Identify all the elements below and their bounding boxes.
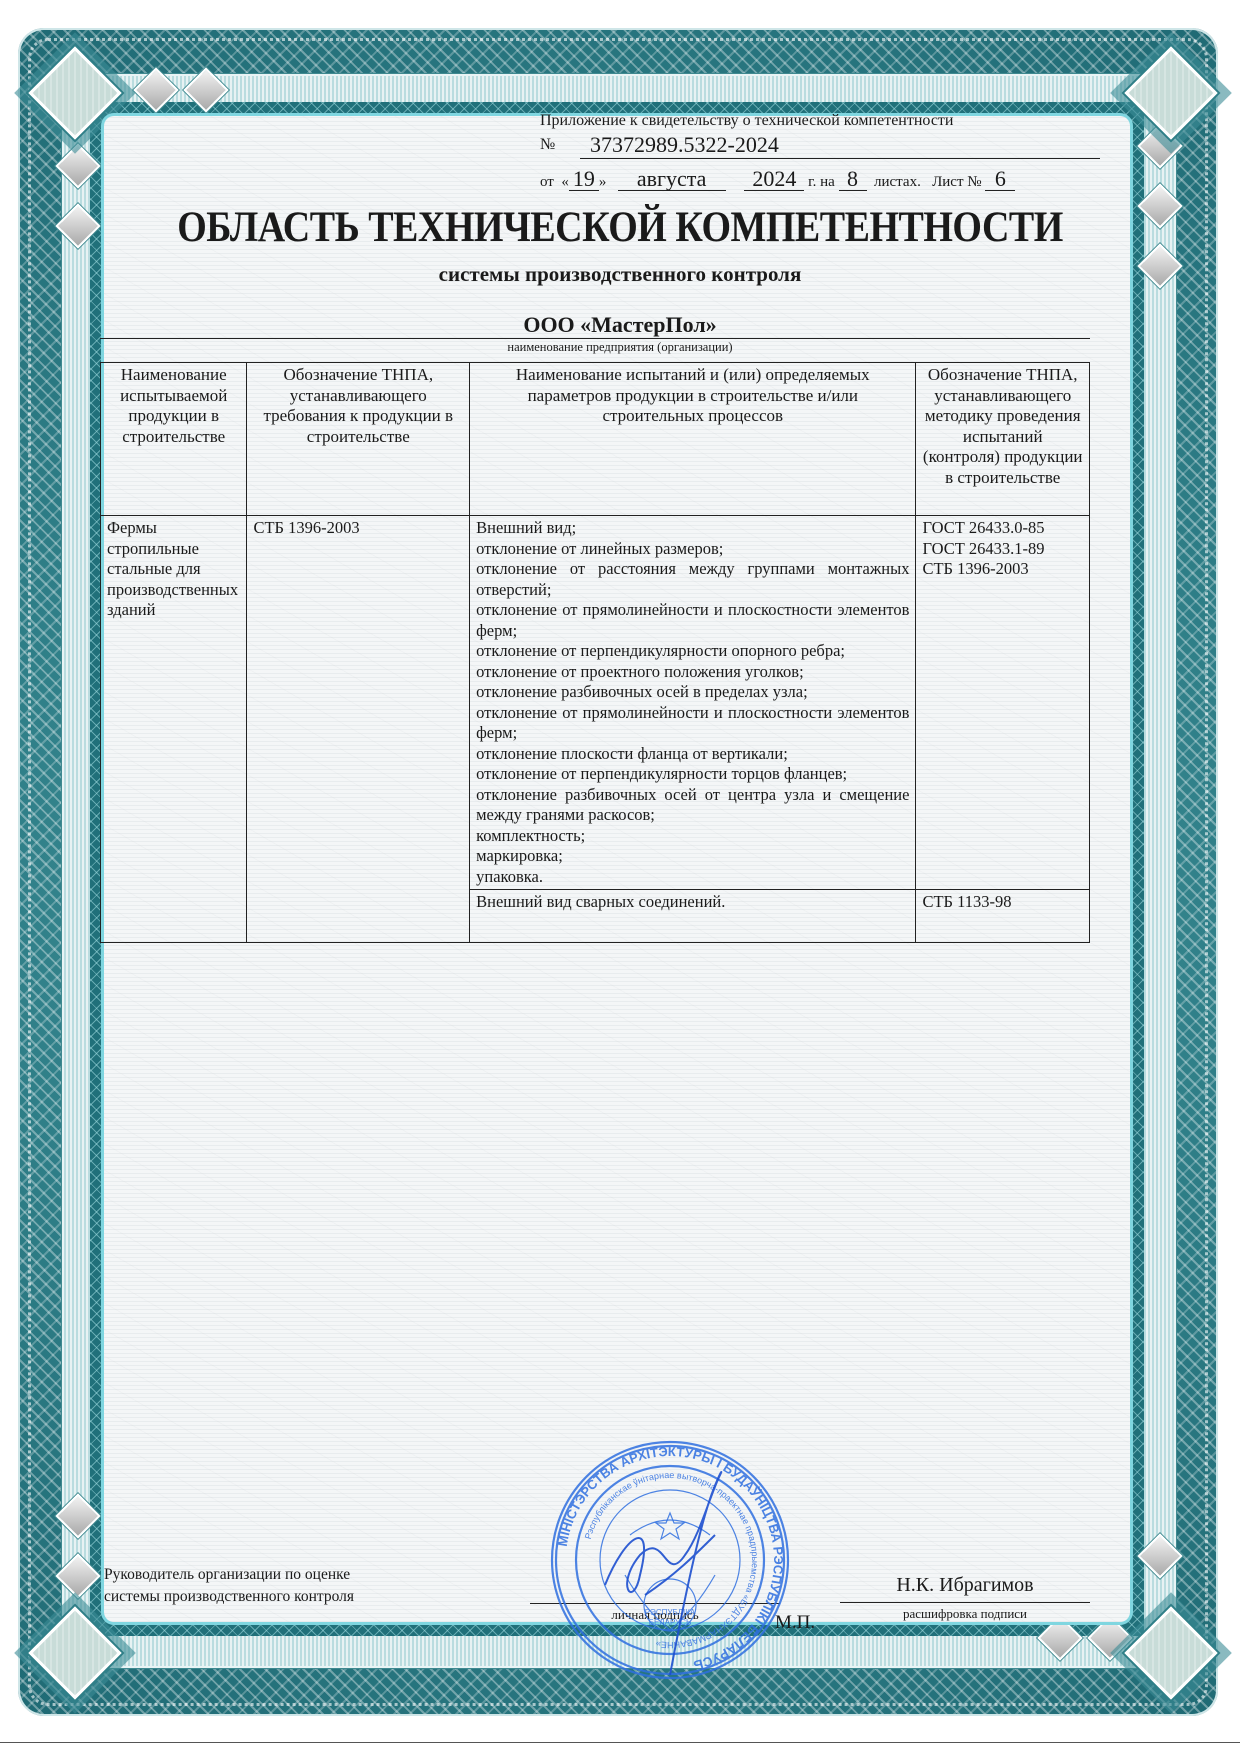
method-item: ГОСТ 26433.0-85 (922, 518, 1083, 539)
signature-caption: личная подпись (530, 1607, 780, 1623)
test-item: отклонение от прямолинейности и плоскост… (476, 703, 909, 744)
document-title: ОБЛАСТЬ ТЕХНИЧЕСКОЙ КОМПЕТЕНТНОСТИ (0, 202, 1240, 253)
signer-name: Н.К. Ибрагимов (840, 1574, 1090, 1597)
date-year: 2024 (744, 168, 804, 191)
cell-method-tnpa: ГОСТ 26433.0-85 ГОСТ 26433.1-89 СТБ 1396… (916, 516, 1090, 890)
test-item: отклонение от прямолинейности и плоскост… (476, 600, 909, 641)
test-item: отклонение от проектного положения уголк… (476, 662, 909, 683)
test-item: отклонение от перпендикулярности опорног… (476, 641, 909, 662)
test-item: отклонение разбивочных осей в пределах у… (476, 682, 909, 703)
date-prefix: от (540, 174, 554, 190)
method-item: СТБ 1396-2003 (922, 559, 1083, 580)
method-item: ГОСТ 26433.1-89 (922, 539, 1083, 560)
signature-line (530, 1603, 780, 1604)
organization-caption: наименование предприятия (организации) (0, 340, 1240, 355)
method-item: СТБ 1133-98 (922, 892, 1083, 913)
cell-requirement-tnpa: СТБ 1396-2003 (247, 516, 470, 943)
sheets-word: листах. (874, 174, 921, 190)
signatory-role: Руководитель организации по оценке систе… (104, 1564, 354, 1608)
signatory-role-line-2: системы производственного контроля (104, 1586, 354, 1608)
cell-tests: Внешний вид сварных соединений. (470, 890, 916, 943)
test-item: Внешний вид; (476, 518, 909, 539)
document-subtitle: системы производственного контроля (0, 262, 1240, 287)
year-suffix: г. на (808, 174, 835, 190)
sheets-total: 8 (839, 168, 867, 191)
test-item: отклонение от расстояния между группами … (476, 559, 909, 600)
signer-name-line (840, 1602, 1090, 1603)
annex-line: Приложение к свидетельству о технической… (540, 112, 953, 130)
date-month: августа (618, 168, 726, 191)
sheet-label: Лист № (932, 174, 981, 190)
table-row: Фермы стропильные стальные для производс… (101, 516, 1090, 890)
test-item: отклонение плоскости фланца от вертикали… (476, 744, 909, 765)
number-sign: № (540, 136, 578, 154)
signatory-role-line-1: Руководитель организации по оценке (104, 1564, 354, 1586)
header-product: Наименование испытываемой продукции в ст… (101, 363, 247, 516)
signer-name-caption: расшифровка подписи (840, 1606, 1090, 1622)
test-item: Внешний вид сварных соединений. (476, 892, 909, 913)
organization-underline (100, 338, 1090, 339)
date-line: от «19» августа 2024 г. на 8 листах. Лис… (540, 168, 1100, 191)
cell-tests: Внешний вид; отклонение от линейных разм… (470, 516, 916, 890)
quote-open: « (561, 174, 569, 190)
certificate-number: 37372989.5322-2024 (580, 132, 1100, 159)
test-item: отклонение от перпендикулярности торцов … (476, 764, 909, 785)
sheet-number: 6 (985, 168, 1015, 191)
test-item: отклонение разбивочных осей от центра уз… (476, 785, 909, 826)
header-requirement-tnpa: Обозначение ТНПА, устанавливающего требо… (247, 363, 470, 516)
cell-method-tnpa: СТБ 1133-98 (916, 890, 1090, 943)
seal-mark: М.П. (775, 1612, 815, 1634)
organization-name: ООО «МастерПол» (0, 312, 1240, 338)
table-header-row: Наименование испытываемой продукции в ст… (101, 363, 1090, 516)
test-item: маркировка; (476, 846, 909, 867)
test-item: упаковка. (476, 867, 909, 888)
cell-product: Фермы стропильные стальные для производс… (101, 516, 247, 943)
header-tests: Наименование испытаний и (или) определяе… (470, 363, 916, 516)
scan-edge-line (0, 1742, 1240, 1743)
test-item: комплектность; (476, 826, 909, 847)
test-item: отклонение от линейных размеров; (476, 539, 909, 560)
competence-scope-table: Наименование испытываемой продукции в ст… (100, 362, 1090, 943)
header-method-tnpa: Обозначение ТНПА, устанавливающего метод… (916, 363, 1090, 516)
quote-close: » (599, 174, 607, 190)
date-day: 19 (569, 168, 599, 191)
certificate-number-line: № 37372989.5322-2024 (540, 136, 1090, 154)
